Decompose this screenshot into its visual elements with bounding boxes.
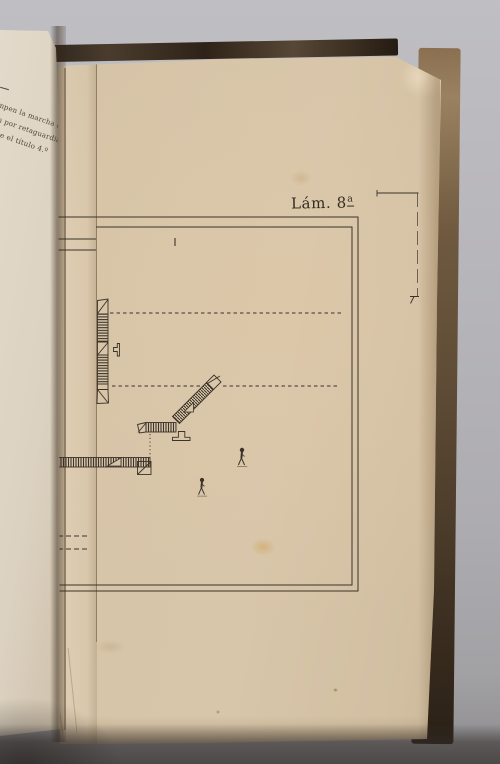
foxing-spot — [333, 688, 338, 692]
soldier-figure — [237, 448, 247, 466]
foldout-plate-page: Lám. 8a — [0, 0, 500, 764]
foxing-stain — [290, 170, 312, 186]
column-end-cap — [97, 390, 109, 404]
soldier-figure — [197, 478, 207, 496]
commander-marker — [114, 344, 120, 357]
guide-dashed-lines — [110, 313, 342, 386]
battalion-column-vertical — [97, 299, 120, 404]
left-page-dash — [0, 87, 9, 91]
plate-number-text: Lám. 8 — [291, 194, 347, 213]
foxing-spot — [216, 710, 220, 714]
plate-number-ordinal: a — [347, 193, 353, 206]
column-end-square — [138, 462, 152, 475]
fold-bracket-mark — [377, 190, 419, 304]
guide-notch — [108, 458, 122, 466]
plate-number-label: Lám. 8a — [291, 193, 354, 212]
column-end-cap — [98, 299, 109, 314]
foxing-stain — [95, 640, 125, 654]
pedestal-marker — [173, 432, 191, 441]
plate-fold-crease — [96, 64, 97, 642]
column-end-cap — [207, 375, 222, 390]
book-photo: empen la marcha a s man por retaguardia … — [0, 0, 500, 764]
plate-fold-flap — [64, 60, 97, 744]
gutter-shadow — [50, 26, 66, 742]
foxing-stain — [250, 538, 276, 556]
column-end-cap — [138, 423, 147, 434]
guide-notch — [184, 403, 194, 413]
bottom-left-shadow — [0, 690, 120, 764]
plate-frame-border — [57, 217, 358, 591]
battalion-column-wheeling — [138, 375, 222, 457]
